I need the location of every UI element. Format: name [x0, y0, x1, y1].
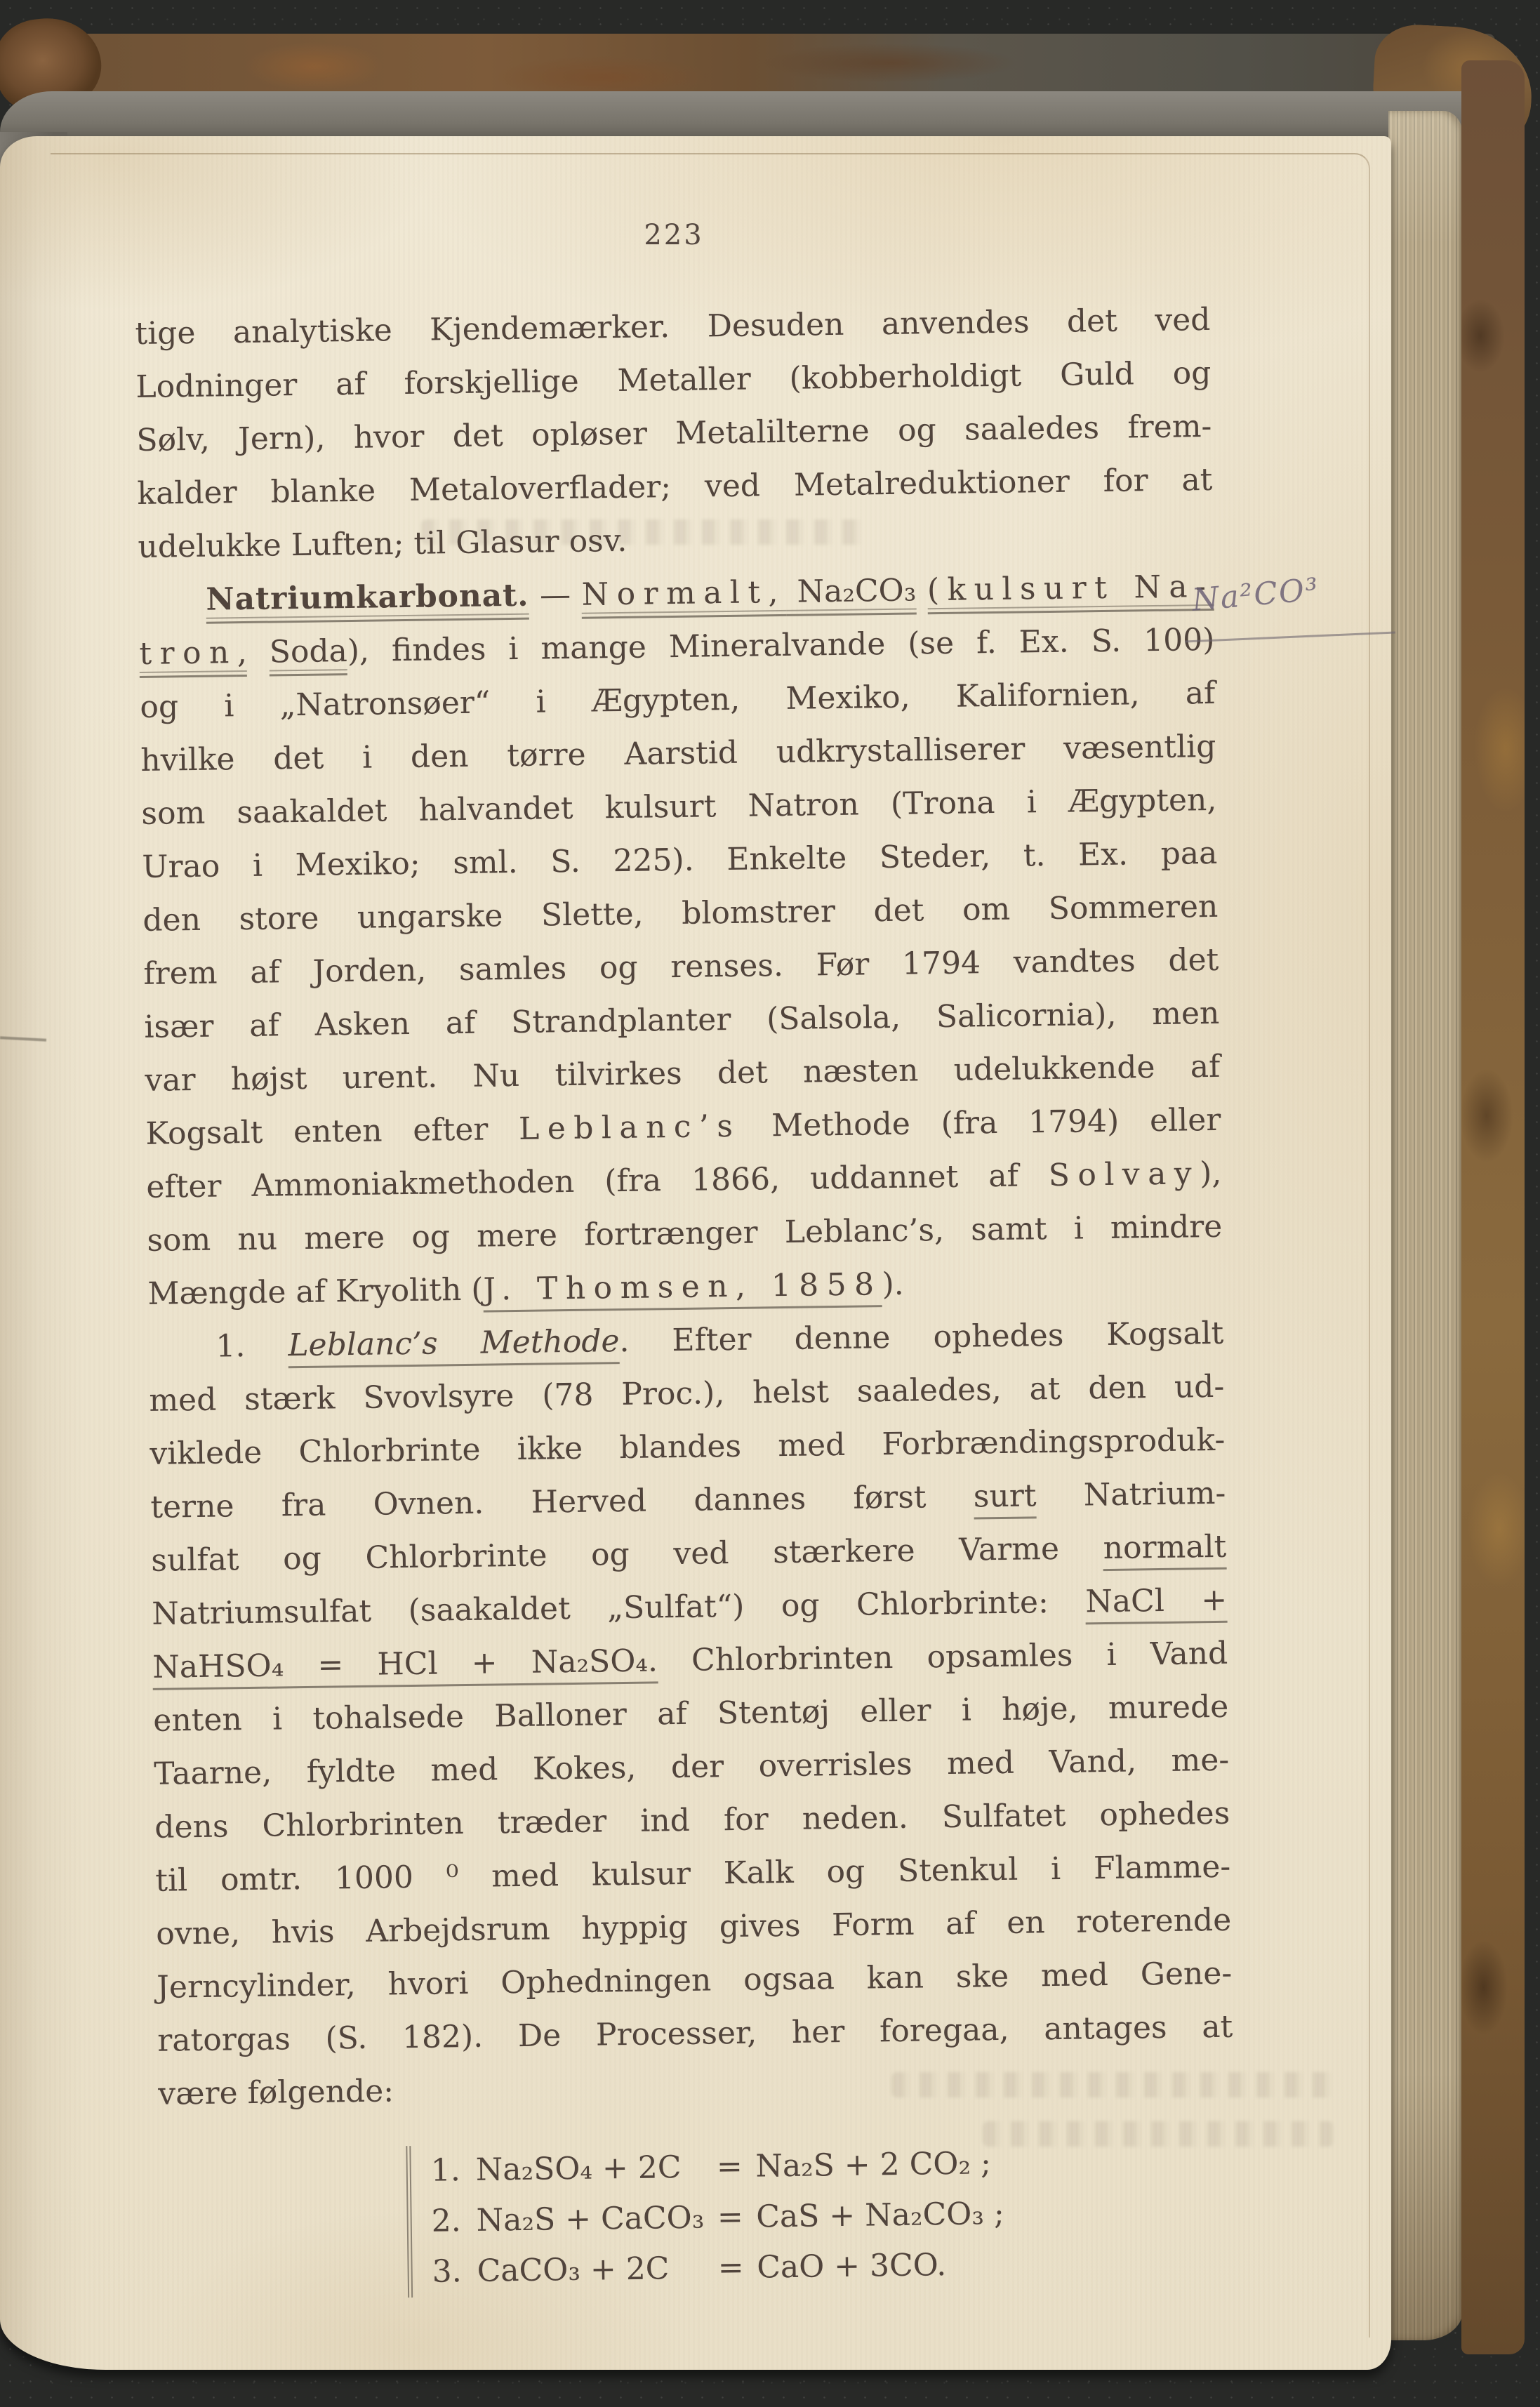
text-segment: den store ungarske Slette, blomstrer det… [142, 889, 1219, 939]
text-segment: Mængde af Kryolith ( [147, 1272, 484, 1312]
eq-sign: = [704, 2192, 757, 2243]
text-segment: udelukke Luften; til Glasur osv. [138, 523, 628, 565]
text-segment: sulfat og Chlorbrinte og ved stærkere Va… [151, 1530, 1103, 1579]
text-segment: Urao i Mexiko; sml. S. 225). Enkelte Ste… [142, 835, 1218, 885]
text-segment: Normalt, [581, 574, 786, 619]
body-text: tige analytiske Kjendemærker. Desuden an… [135, 293, 1236, 2301]
text-segment: Leblanc’s Methode [288, 1323, 620, 1368]
scanned-book-photo: { "page": { "number": "223", "margin_ann… [0, 0, 1540, 2407]
text-segment: Natrium- [1036, 1476, 1226, 1514]
text-segment: tige analytiske Kjendemærker. Desuden an… [135, 302, 1211, 352]
text-segment: Kogsalt enten efter [145, 1111, 519, 1152]
text-segment: ratorgas (S. 182). De Processer, her for… [157, 2009, 1233, 2059]
text-segment: som nu mere og mere fortrænger Leblanc’s… [147, 1209, 1223, 1259]
book-cover-right-edge [1461, 60, 1525, 2354]
text-segment: Soda [269, 633, 347, 676]
text-segment: dens Chlorbrinten træder ind for neden. … [154, 1796, 1230, 1845]
text-segment: terne fra Ovnen. Herved dannes først [150, 1479, 974, 1525]
text-segment: Natriumsulfat (saakaldet „Sulfat“) og Ch… [152, 1584, 1086, 1631]
book-page: 223 tige analytiske Kjendemærker. Desude… [0, 136, 1391, 2370]
page-number: 223 [137, 219, 1211, 251]
book-page-stack-edge [1388, 111, 1463, 2340]
text-segment: normalt [1103, 1529, 1226, 1571]
eq-rhs: CaO + 3CO. [757, 2239, 1005, 2293]
text-segment: (kulsurt Na- [927, 569, 1214, 614]
text-segment: kalder blanke Metaloverflader; ved Metal… [137, 462, 1213, 512]
reaction-equations: 1.Na₂SO₄ + 2C=Na₂S + 2 CO₂ ;2.Na₂S + CaC… [406, 2135, 1236, 2297]
pencil-margin-dash [0, 1036, 46, 1041]
text-segment: efter Ammoniakmethoden (fra 1866, uddann… [146, 1158, 1049, 1205]
text-segment: Methode (fra 1794) eller [741, 1102, 1221, 1144]
text-segment: være følgende: [158, 2073, 394, 2111]
text-segment: Leblanc’s [519, 1108, 741, 1147]
text-segment: især af Asken af Strandplanter (Salsola,… [144, 995, 1220, 1045]
eq-rhs: CaS + Na₂CO₃ ; [756, 2189, 1004, 2243]
text-segment: til omtr. 1000 ⁰ med kulsur Kalk og Sten… [155, 1849, 1231, 1899]
text-segment: Chlorbrinten opsamles i Vand [658, 1636, 1228, 1679]
eq-no: 1. [430, 2145, 476, 2196]
text-segment: Jerncylinder, hvori Ophedningen ogsaa ka… [157, 1956, 1233, 2005]
text-segment: . Efter denne ophedes Kogsalt [619, 1315, 1223, 1359]
text-segment: ovne, hvis Arbejdsrum hyppig gives Form … [156, 1902, 1232, 1952]
eq-lhs: CaCO₃ + 2C [477, 2243, 705, 2297]
eq-no: 2. [431, 2196, 477, 2247]
text-segment: Taarne, fyldte med Kokes, der overrisles… [154, 1742, 1230, 1792]
eq-lhs: Na₂S + CaCO₃ [476, 2193, 705, 2246]
text-segment: frem af Jorden, samles og renses. Før 17… [143, 942, 1219, 992]
eq-sign: = [705, 2243, 757, 2294]
text-segment: med stærk Svovlsyre (78 Proc.), helst sa… [149, 1369, 1225, 1419]
text-segment: og i „Natronsøer“ i Ægypten, Mexiko, Kal… [140, 675, 1216, 725]
text-segment: Na₂CO₃ [786, 572, 917, 616]
text-segment [246, 635, 270, 670]
text-segment: NaHSO₄ = HCl + Na₂SO₄. [152, 1643, 658, 1690]
text-segment: var højst urent. Nu tilvirkes det næsten… [145, 1049, 1221, 1099]
text-segment: Solvay [1049, 1155, 1200, 1193]
text-segment: Sølv, Jern), hvor det opløser Metalilter… [136, 409, 1212, 458]
text-segment: NaCl + [1085, 1582, 1228, 1625]
eq-no: 3. [432, 2246, 477, 2297]
text-segment: viklede Chlorbrinte ikke blandes med For… [150, 1422, 1226, 1472]
text-segment: , [237, 635, 247, 677]
text-segment: Lodninger af forskjellige Metaller (kobb… [135, 355, 1212, 405]
text-segment: ), findes i mange Mineralvande (se f. Ex… [347, 622, 1214, 669]
text-segment: J. Thomsen, 1858 [483, 1266, 882, 1312]
text-segment: tron [139, 635, 237, 678]
text-segment: ). [882, 1266, 904, 1302]
text-segment: 1. [215, 1327, 288, 1364]
text-segment: som saakaldet halvandet kulsurt Natron (… [141, 782, 1217, 832]
text-segment [916, 572, 927, 608]
text-segment: surt [974, 1478, 1037, 1519]
text-segment: hvilke det i den tørre Aarstid udkrystal… [140, 729, 1216, 778]
eq-rhs: Na₂S + 2 CO₂ ; [755, 2138, 1004, 2192]
eq-lhs: Na₂SO₄ + 2C [475, 2142, 704, 2196]
text-segment: Natriumkarbonat. [206, 578, 529, 624]
margin-note-underline [1185, 631, 1395, 642]
eq-sign: = [703, 2142, 756, 2193]
text-segment: ), [1200, 1155, 1222, 1191]
text-segment: — [529, 577, 582, 614]
text-segment: enten i tohalsede Balloner af Stentøj el… [153, 1689, 1229, 1739]
